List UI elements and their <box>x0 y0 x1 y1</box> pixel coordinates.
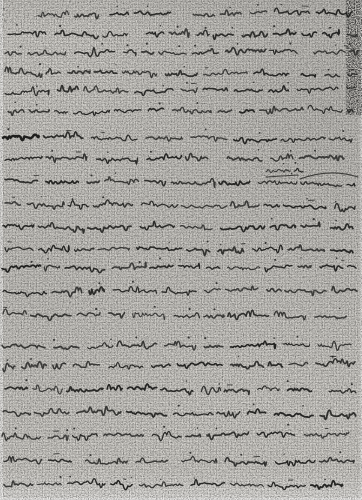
diacritic-dot <box>25 379 27 381</box>
diacritic-dot <box>237 43 239 45</box>
diacritic-dot <box>154 306 156 308</box>
diacritic-dot <box>53 339 55 341</box>
diacritic-dot <box>335 220 336 221</box>
diacritic-dot <box>328 69 330 71</box>
diacritic-dot <box>116 6 118 8</box>
diacritic-dot <box>314 150 316 152</box>
diacritic-dot <box>98 282 100 284</box>
diacritic-dot <box>258 149 259 150</box>
diacritic-dot <box>336 257 338 259</box>
diacritic-dot <box>110 339 112 341</box>
diacritic-dot <box>7 128 9 130</box>
diacritic-dot <box>297 336 299 338</box>
diacritic-dot <box>229 7 231 9</box>
handwriting-ink <box>0 0 362 500</box>
diacritic-dot <box>271 218 273 220</box>
diacritic-dot <box>283 163 284 164</box>
diacritic-dot <box>283 454 284 455</box>
diacritic-dot <box>69 476 71 478</box>
diacritic-dot <box>41 196 42 197</box>
diacritic-dot <box>265 242 267 244</box>
diacritic-dot <box>126 44 128 46</box>
diacritic-dot <box>132 281 134 283</box>
diacritic-dot <box>160 25 162 27</box>
diacritic-dot <box>147 6 148 7</box>
diacritic-dot <box>159 102 161 104</box>
diacritic-dot <box>73 428 75 430</box>
stroke-accent-bar <box>100 132 104 133</box>
diacritic-dot <box>253 404 255 406</box>
diacritic-dot <box>15 427 17 429</box>
diacritic-dot <box>163 426 165 428</box>
diacritic-dot <box>342 130 344 132</box>
diacritic-dot <box>194 45 196 47</box>
diacritic-dot <box>90 454 92 456</box>
diacritic-dot <box>179 259 180 260</box>
diacritic-dot <box>204 337 206 339</box>
diacritic-dot <box>259 132 261 134</box>
diacritic-dot <box>101 43 103 45</box>
diacritic-dot <box>36 104 38 106</box>
manuscript-scan: Scanned page of a handwritten manuscript… <box>0 0 362 500</box>
stroke-accent-bar <box>344 46 348 47</box>
diacritic-dot <box>186 82 188 84</box>
diacritic-dot <box>189 308 191 310</box>
diacritic-dot <box>295 162 297 164</box>
diacritic-dot <box>335 201 336 202</box>
diacritic-dot <box>287 82 289 84</box>
diacritic-dot <box>232 27 234 29</box>
diacritic-dot <box>186 380 188 382</box>
diacritic-dot <box>240 454 242 456</box>
diacritic-dot <box>287 380 289 382</box>
diacritic-dot <box>216 282 218 284</box>
diacritic-dot <box>214 308 216 310</box>
diacritic-dot <box>16 24 18 26</box>
diacritic-dot <box>207 241 209 243</box>
diacritic-dot <box>131 477 132 478</box>
diacritic-dot <box>218 383 220 385</box>
diacritic-dot <box>135 336 137 338</box>
diacritic-dot <box>31 261 33 263</box>
diacritic-dot <box>51 150 53 152</box>
diacritic-dot <box>107 151 108 152</box>
diacritic-dot <box>102 196 104 198</box>
diacritic-dot <box>115 64 116 65</box>
diacritic-dot <box>274 259 276 261</box>
diacritic-dot <box>7 359 9 361</box>
diacritic-dot <box>287 424 289 426</box>
diacritic-dot <box>281 4 282 5</box>
diacritic-dot <box>66 429 68 431</box>
diacritic-dot <box>205 27 207 29</box>
diacritic-dot <box>20 46 22 48</box>
diacritic-dot <box>188 337 190 339</box>
diacritic-dot <box>77 66 79 68</box>
diacritic-dot <box>178 45 180 47</box>
diacritic-dot <box>178 405 180 407</box>
diacritic-dot <box>146 43 148 45</box>
diacritic-dot <box>197 427 199 429</box>
diacritic-dot <box>59 25 61 27</box>
stroke-accent-bar <box>191 83 197 84</box>
diacritic-dot <box>324 479 326 481</box>
diacritic-dot <box>36 85 38 87</box>
diacritic-dot <box>273 25 275 27</box>
diacritic-dot <box>302 405 304 407</box>
stroke-accent-bar <box>241 244 245 245</box>
diacritic-dot <box>300 257 301 258</box>
diacritic-dot <box>39 63 41 65</box>
diacritic-dot <box>115 172 116 173</box>
diacritic-dot <box>205 128 207 130</box>
diacritic-dot <box>273 337 275 339</box>
diacritic-dot <box>335 44 336 45</box>
diacritic-dot <box>348 27 350 29</box>
diacritic-dot <box>72 198 74 200</box>
diacritic-dot <box>30 358 32 360</box>
diacritic-dot <box>90 174 92 176</box>
diacritic-dot <box>351 383 353 385</box>
diacritic-dot <box>150 151 152 153</box>
diacritic-dot <box>160 479 161 480</box>
diacritic-dot <box>290 150 292 152</box>
diacritic-dot <box>59 476 61 478</box>
diacritic-dot <box>177 26 179 28</box>
diacritic-dot <box>348 43 350 45</box>
diacritic-dot <box>47 258 49 260</box>
diacritic-dot <box>339 308 340 309</box>
diacritic-dot <box>238 356 239 357</box>
diacritic-dot <box>159 258 161 260</box>
diacritic-dot <box>306 198 307 199</box>
diacritic-dot <box>257 4 259 6</box>
diacritic-dot <box>95 308 97 310</box>
diacritic-dot <box>163 85 165 87</box>
diacritic-dot <box>194 477 195 478</box>
diacritic-dot <box>169 242 170 243</box>
diacritic-dot <box>289 43 291 45</box>
diacritic-dot <box>253 82 254 83</box>
diacritic-dot <box>196 102 198 104</box>
diacritic-dot <box>139 261 141 263</box>
diacritic-dot <box>291 173 292 174</box>
diacritic-dot <box>339 451 341 453</box>
diacritic-dot <box>189 452 191 454</box>
diacritic-dot <box>14 101 16 103</box>
diacritic-dot <box>313 218 315 220</box>
diacritic-dot <box>216 428 218 430</box>
diacritic-dot <box>220 244 221 245</box>
diacritic-dot <box>183 66 184 67</box>
